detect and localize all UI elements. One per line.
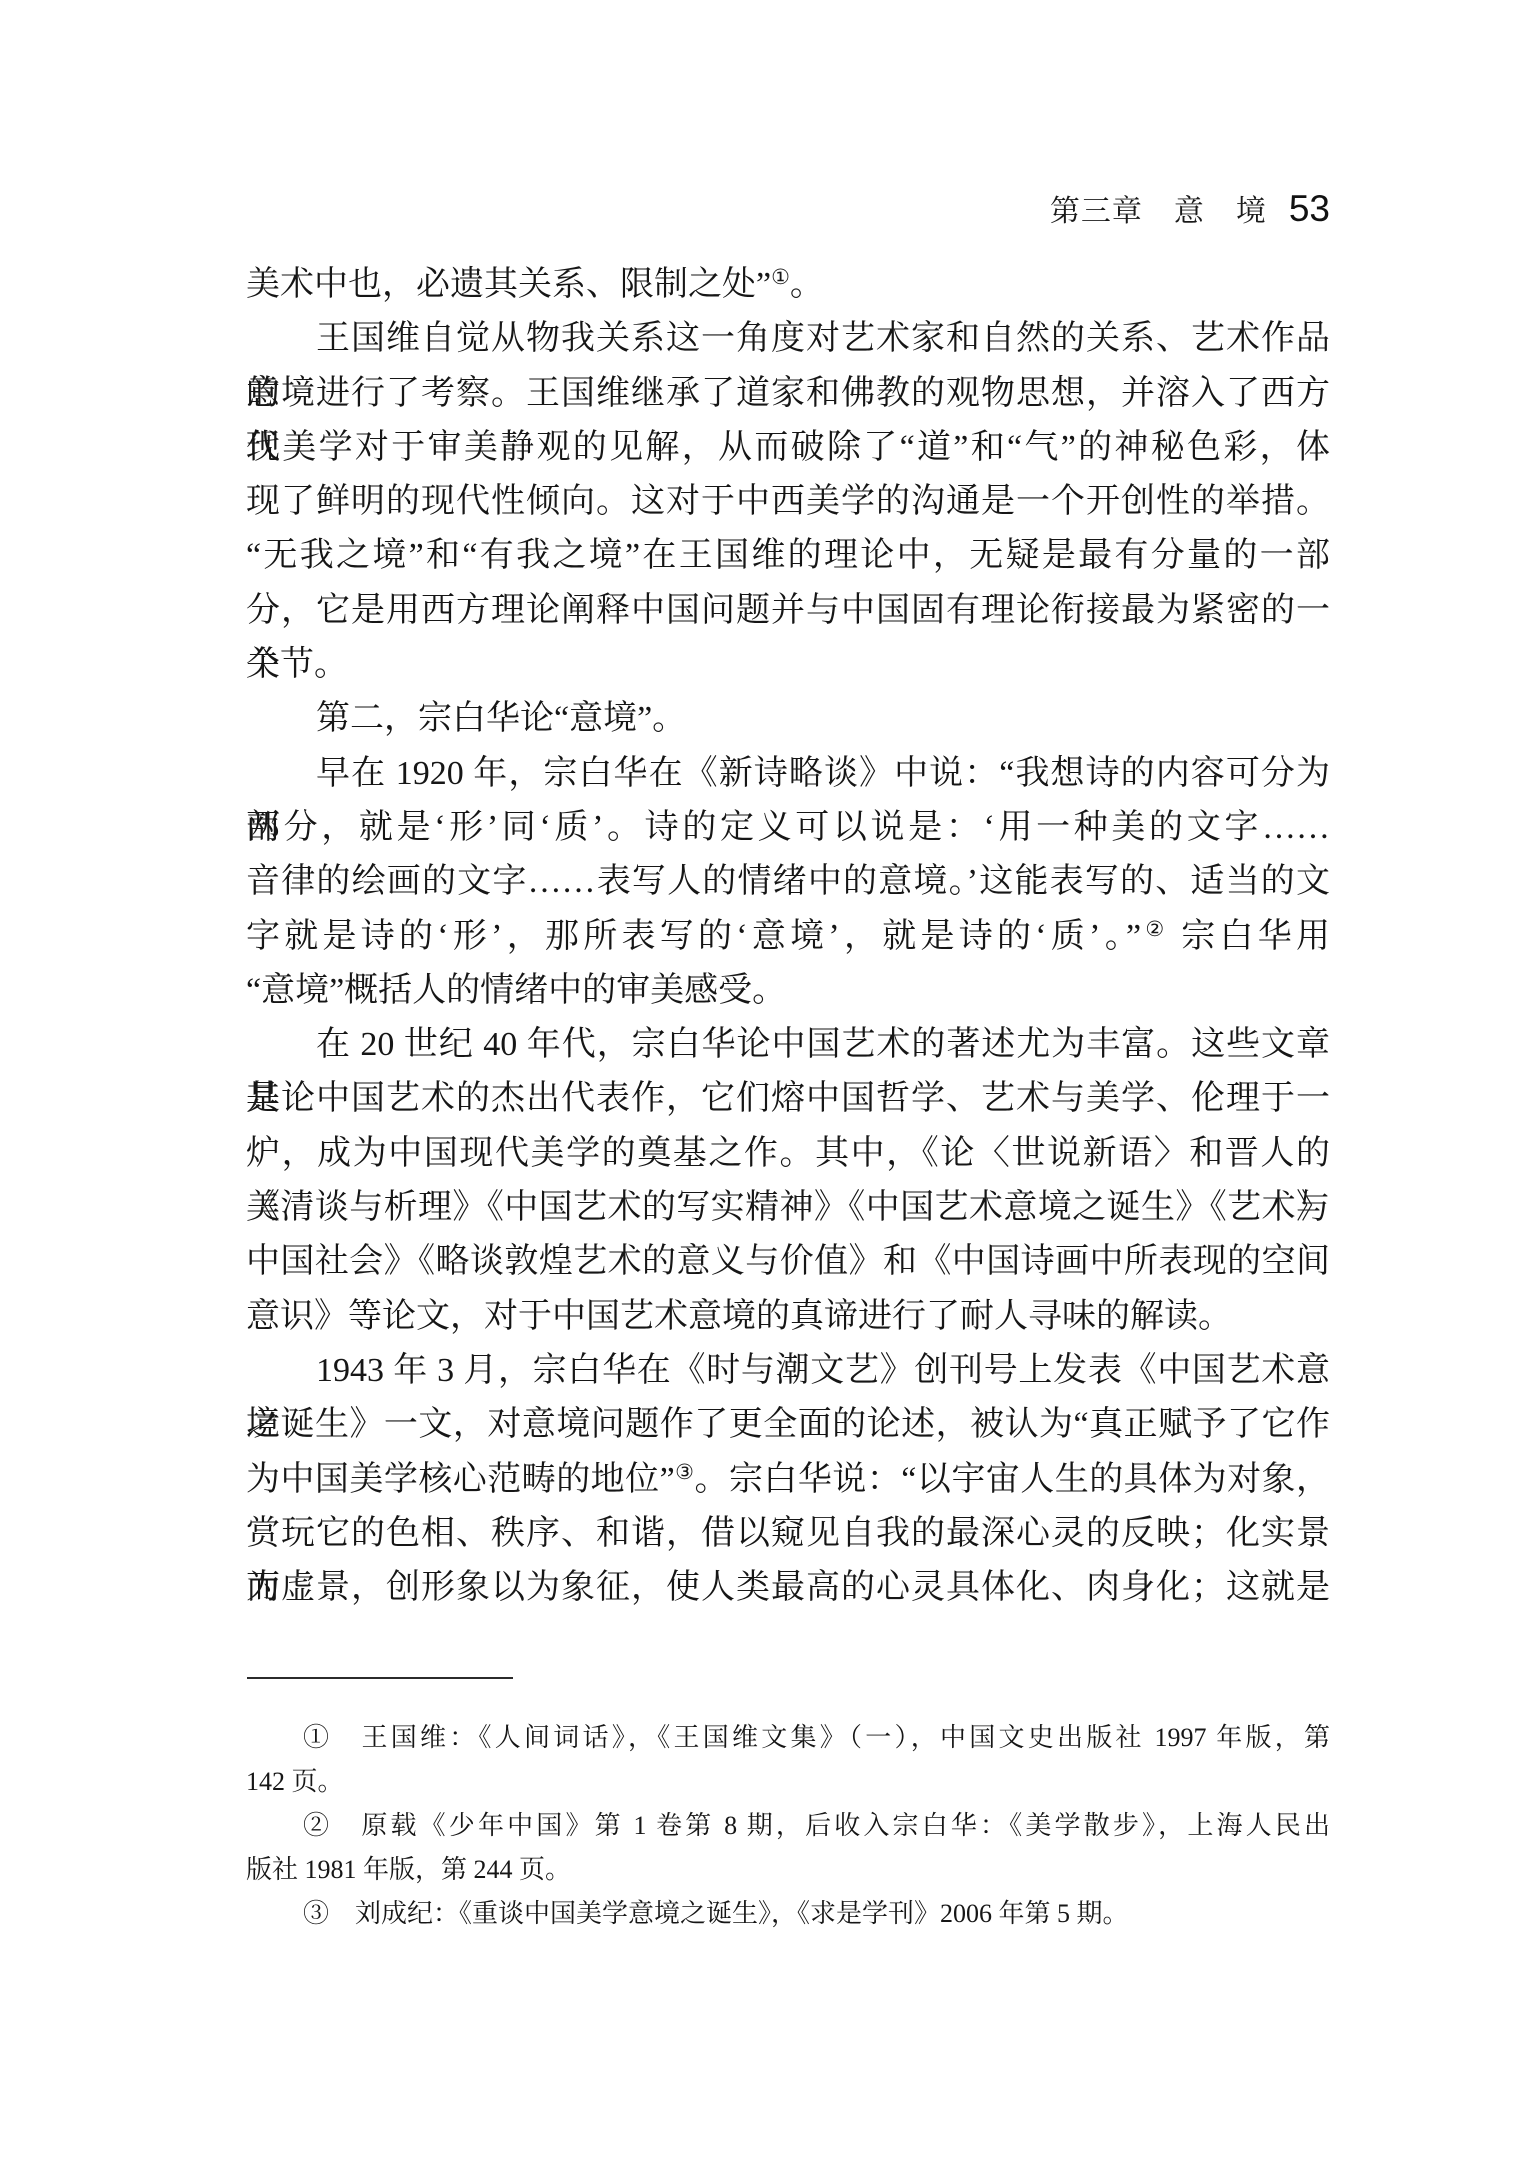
body-line: 早在 1920 年，宗白华在《新诗略谈》中说：“我想诗的内容可分为两 [246,747,1330,801]
body-line: 王国维自觉从物我关系这一角度对艺术家和自然的关系、艺术作品的 [246,312,1330,366]
body-line: “意境”概括人的情绪中的审美感受。 [246,964,1330,1018]
body-line: 为虚景，创形象以为象征，使人类最高的心灵具体化、肉身化；这就是 [246,1561,1330,1615]
body-line: 分，它是用西方理论阐释中国问题并与中国固有理论衔接最为紧密的一个 [246,584,1330,638]
body-line: 音律的绘画的文字……表写人的情绪中的意境。’这能表写的、适当的文 [246,855,1330,909]
footnote-line: ③ 刘成纪：《重谈中国美学意境之诞生》，《求是学刊》2006 年第 5 期。 [246,1892,1330,1936]
body-line: 之诞生》一文，对意境问题作了更全面的论述，被认为“真正赋予了它作 [246,1398,1330,1452]
body-line: 字就是诗的‘形’，那所表写的‘意境’，就是诗的‘质’。”② 宗白华用 [246,910,1330,964]
body-line: 在 20 世纪 40 年代，宗白华论中国艺术的著述尤为丰富。这些文章是 [246,1018,1330,1072]
footnote-line: 142 页。 [246,1760,1330,1804]
body-line: 赏玩它的色相、秩序、和谐，借以窥见自我的最深心灵的反映；化实景而 [246,1507,1330,1561]
body-line-text: 字就是诗的‘形’，那所表写的‘意境’，就是诗的‘质’。” [246,918,1141,955]
body-line-text: 为中国美学核心范畴的地位” [246,1461,675,1498]
body-line-text: 美术中也，必遗其关系、限制之处” [246,266,771,303]
footnote-line: 版社 1981 年版，第 244 页。 [246,1848,1330,1892]
body-line: 1943 年 3 月，宗白华在《时与潮文艺》创刊号上发表《中国艺术意境 [246,1344,1330,1398]
body-line: 部分，就是‘形’同‘质’。诗的定义可以说是：‘用一种美的文字…… [246,801,1330,855]
body-line: 关节。 [246,638,1330,692]
body-line: 中国社会》《略谈敦煌艺术的意义与价值》和《中国诗画中所表现的空间 [246,1235,1330,1289]
footnote-line: ① 王国维：《人间词话》，《王国维文集》（一），中国文史出版社 1997 年版，… [246,1716,1330,1760]
footnote-line: ② 原载《少年中国》第 1 卷第 8 期，后收入宗白华：《美学散步》，上海人民出 [246,1804,1330,1848]
body-line: 《清谈与析理》《中国艺术的写实精神》《中国艺术意境之诞生》《艺术与 [246,1181,1330,1235]
body-line: 为中国美学核心范畴的地位”③。宗白华说：“以宇宙人生的具体为对象， [246,1453,1330,1507]
page-number: 53 [1289,188,1330,230]
footnotes-section: ① 王国维：《人间词话》，《王国维文集》（一），中国文史出版社 1997 年版，… [246,1716,1330,1936]
body-line: 意识》等论文，对于中国艺术意境的真谛进行了耐人寻味的解读。 [246,1290,1330,1344]
body-line: 代美学对于审美静观的见解，从而破除了“道”和“气”的神秘色彩，体 [246,421,1330,475]
footnote-ref-2: ② [1141,917,1168,941]
body-line: 美术中也，必遗其关系、限制之处”①。 [246,258,1330,312]
body-line-text: 宗白华用 [1168,918,1330,955]
book-page: 第三章 意 境 53 美术中也，必遗其关系、限制之处”①。 王国维自觉从物我关系… [0,0,1536,2181]
footnote-ref-1: ① [771,265,790,289]
body-line-text: 。宗白华说：“以宇宙人生的具体为对象， [694,1461,1330,1498]
footnote-separator [247,1677,513,1679]
body-line: 第二，宗白华论“意境”。 [246,692,1330,746]
body-line: 现了鲜明的现代性倾向。这对于中西美学的沟通是一个开创性的举措。 [246,475,1330,529]
running-head: 第三章 意 境 53 [1050,186,1330,230]
body-line-text: 。 [790,266,824,303]
body-line: 其论中国艺术的杰出代表作，它们熔中国哲学、艺术与美学、伦理于一 [246,1072,1330,1126]
body-text: 美术中也，必遗其关系、限制之处”①。 王国维自觉从物我关系这一角度对艺术家和自然… [246,258,1330,1615]
body-line: 意境进行了考察。王国维继承了道家和佛教的观物思想，并溶入了西方现 [246,367,1330,421]
body-line: 炉，成为中国现代美学的奠基之作。其中，《论〈世说新语〉和晋人的美》 [246,1127,1330,1181]
chapter-title: 第三章 意 境 [1050,186,1267,230]
footnote-ref-3: ③ [675,1460,695,1484]
body-line: “无我之境”和“有我之境”在王国维的理论中，无疑是最有分量的一部 [246,529,1330,583]
